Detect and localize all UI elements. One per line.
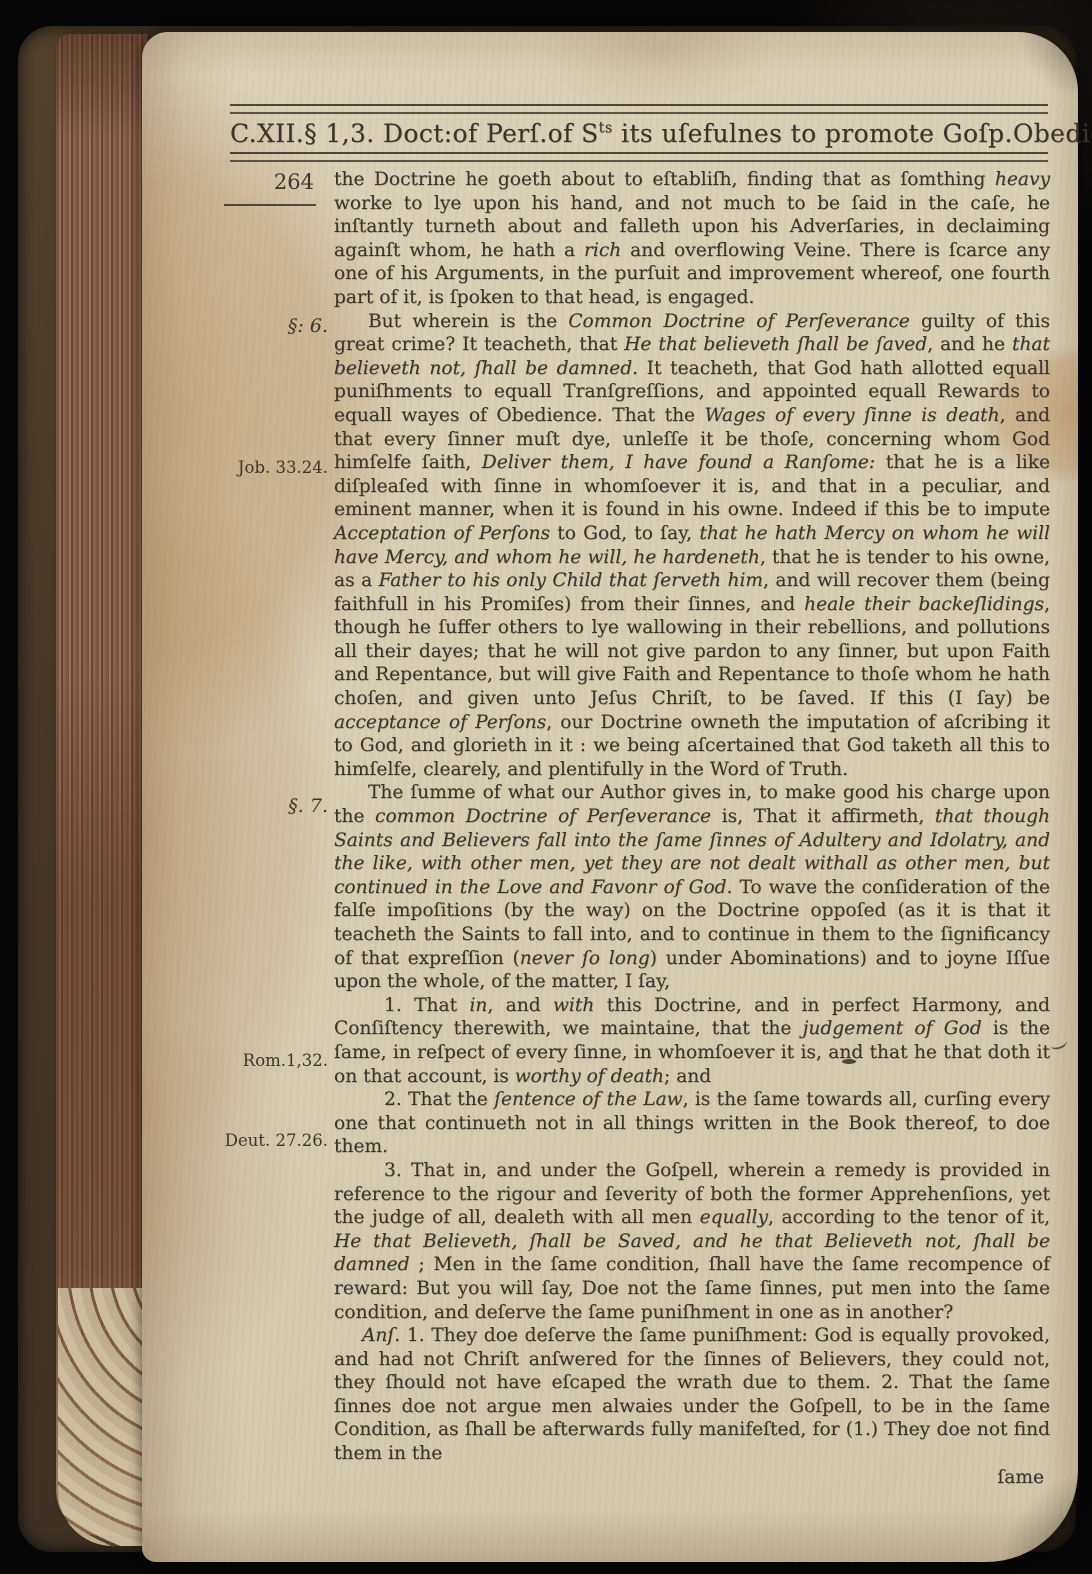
margin-note-section-7: §. 7. [196, 795, 328, 817]
running-header: C.XII.§ 1,3. Doct:of Perſ.of Sts its uſe… [230, 104, 1048, 162]
margin-note-job-33-24: Job. 33.24. [196, 458, 328, 477]
handwritten-margin-mark [1049, 1036, 1069, 1052]
page-number: 264 [208, 170, 314, 194]
page-number-rule [224, 204, 316, 206]
paragraph-section-7: The ſumme of what our Author gives in, t… [334, 781, 1050, 993]
book-page: C.XII.§ 1,3. Doct:of Perſ.of Sts its uſe… [142, 32, 1078, 1562]
paragraph-answer: Anſ. 1. They doe deſerve the ſame puniſh… [334, 1324, 1050, 1466]
margin-note-deut-27-26: Deut. 27.26. [196, 1131, 328, 1150]
paragraph-item-2: 2. That the ſentence of the Law, is the … [334, 1088, 1050, 1159]
header-rule-top [230, 104, 1048, 114]
catchword: ſame [334, 1466, 1050, 1490]
paragraph-item-1: 1. That in, and with this Doctrine, and … [334, 994, 1050, 1088]
header-title: C.XII.§ 1,3. Doct:of Perſ.of Sts its uſe… [230, 119, 1048, 148]
text-block: the Doctrine he goeth about to eſtabliſh… [334, 168, 1050, 1489]
paragraph-section-6: But wherein is the Common Doctrine of Pe… [334, 310, 1050, 782]
margin-note-section-6: §: 6. [196, 315, 328, 337]
margin-note-rom-1-32: Rom.1,32. [196, 1051, 328, 1070]
paragraph-continuation: the Doctrine he goeth about to eſtabliſh… [334, 168, 1050, 310]
ink-blot [842, 1059, 856, 1064]
header-rule-bottom [230, 152, 1048, 162]
paragraph-item-3: 3. That in, and under the Goſpell, where… [334, 1159, 1050, 1324]
book-photograph: C.XII.§ 1,3. Doct:of Perſ.of Sts its uſe… [0, 0, 1092, 1574]
